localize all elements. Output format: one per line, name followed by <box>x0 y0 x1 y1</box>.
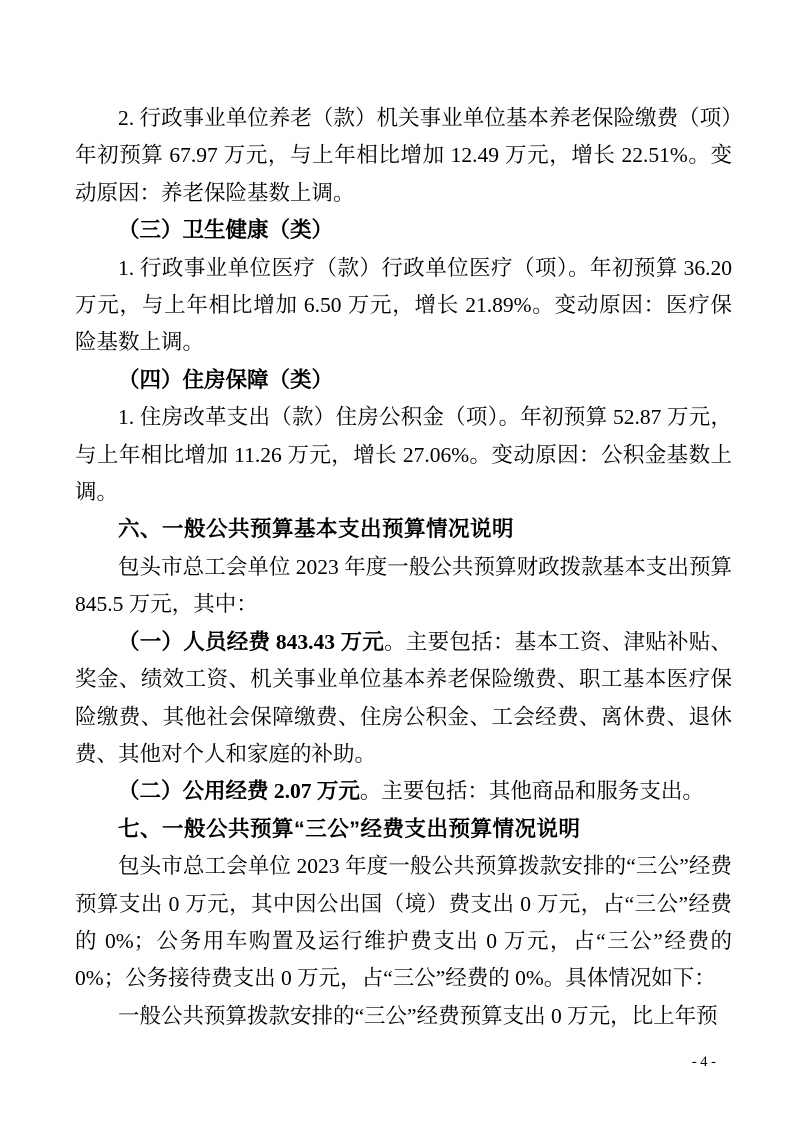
section-heading: （三）卫生健康（类） <box>75 212 732 249</box>
text-run: 1. 住房改革支出（款）住房公积金（项）。年初预算 52.87 万元，与上年相比… <box>75 405 732 504</box>
text-run: （二）公用经费 2.07 万元 <box>118 779 360 803</box>
paragraph: 包头市总工会单位 2023 年度一般公共预算财政拨款基本支出预算 845.5 万… <box>75 549 732 624</box>
document-body: 2. 行政事业单位养老（款）机关事业单位基本养老保险缴费（项）年初预算 67.9… <box>75 100 732 1035</box>
text-run: 2. 行政事业单位养老（款）机关事业单位基本养老保险缴费（项）年初预算 67.9… <box>75 106 732 205</box>
text-run: 。主要包括：其他商品和服务支出。 <box>360 779 704 803</box>
text-run: （三）卫生健康（类） <box>118 218 333 242</box>
document-page: 2. 行政事业单位养老（款）机关事业单位基本养老保险缴费（项）年初预算 67.9… <box>0 0 794 1123</box>
paragraph: 2. 行政事业单位养老（款）机关事业单位基本养老保险缴费（项）年初预算 67.9… <box>75 100 732 212</box>
text-run: 包头市总工会单位 2023 年度一般公共预算财政拨款基本支出预算 845.5 万… <box>75 555 732 616</box>
text-run: 一般公共预算拨款安排的“三公”经费预算支出 0 万元，比上年预 <box>118 1004 718 1028</box>
text-run: 七、一般公共预算“三公”经费支出预算情况说明 <box>118 817 581 841</box>
paragraph: 1. 行政事业单位医疗（款）行政单位医疗（项）。年初预算 36.20 万元，与上… <box>75 250 732 362</box>
paragraph: （一）人员经费 843.43 万元。主要包括：基本工资、津贴补贴、奖金、绩效工资… <box>75 624 732 774</box>
text-run: （四）住房保障（类） <box>118 368 333 392</box>
text-run: 六、一般公共预算基本支出预算情况说明 <box>118 517 514 541</box>
section-heading: 六、一般公共预算基本支出预算情况说明 <box>75 511 732 548</box>
text-run: 1. 行政事业单位医疗（款）行政单位医疗（项）。年初预算 36.20 万元，与上… <box>75 256 732 355</box>
text-run: （一）人员经费 843.43 万元 <box>118 630 384 654</box>
paragraph: （二）公用经费 2.07 万元。主要包括：其他商品和服务支出。 <box>75 773 732 810</box>
paragraph: 1. 住房改革支出（款）住房公积金（项）。年初预算 52.87 万元，与上年相比… <box>75 399 732 511</box>
page-number: - 4 - <box>692 1052 716 1072</box>
section-heading: 七、一般公共预算“三公”经费支出预算情况说明 <box>75 811 732 848</box>
paragraph: 一般公共预算拨款安排的“三公”经费预算支出 0 万元，比上年预 <box>75 998 732 1035</box>
text-run: 包头市总工会单位 2023 年度一般公共预算拨款安排的“三公”经费预算支出 0 … <box>75 854 732 990</box>
section-heading: （四）住房保障（类） <box>75 362 732 399</box>
paragraph: 包头市总工会单位 2023 年度一般公共预算拨款安排的“三公”经费预算支出 0 … <box>75 848 732 998</box>
